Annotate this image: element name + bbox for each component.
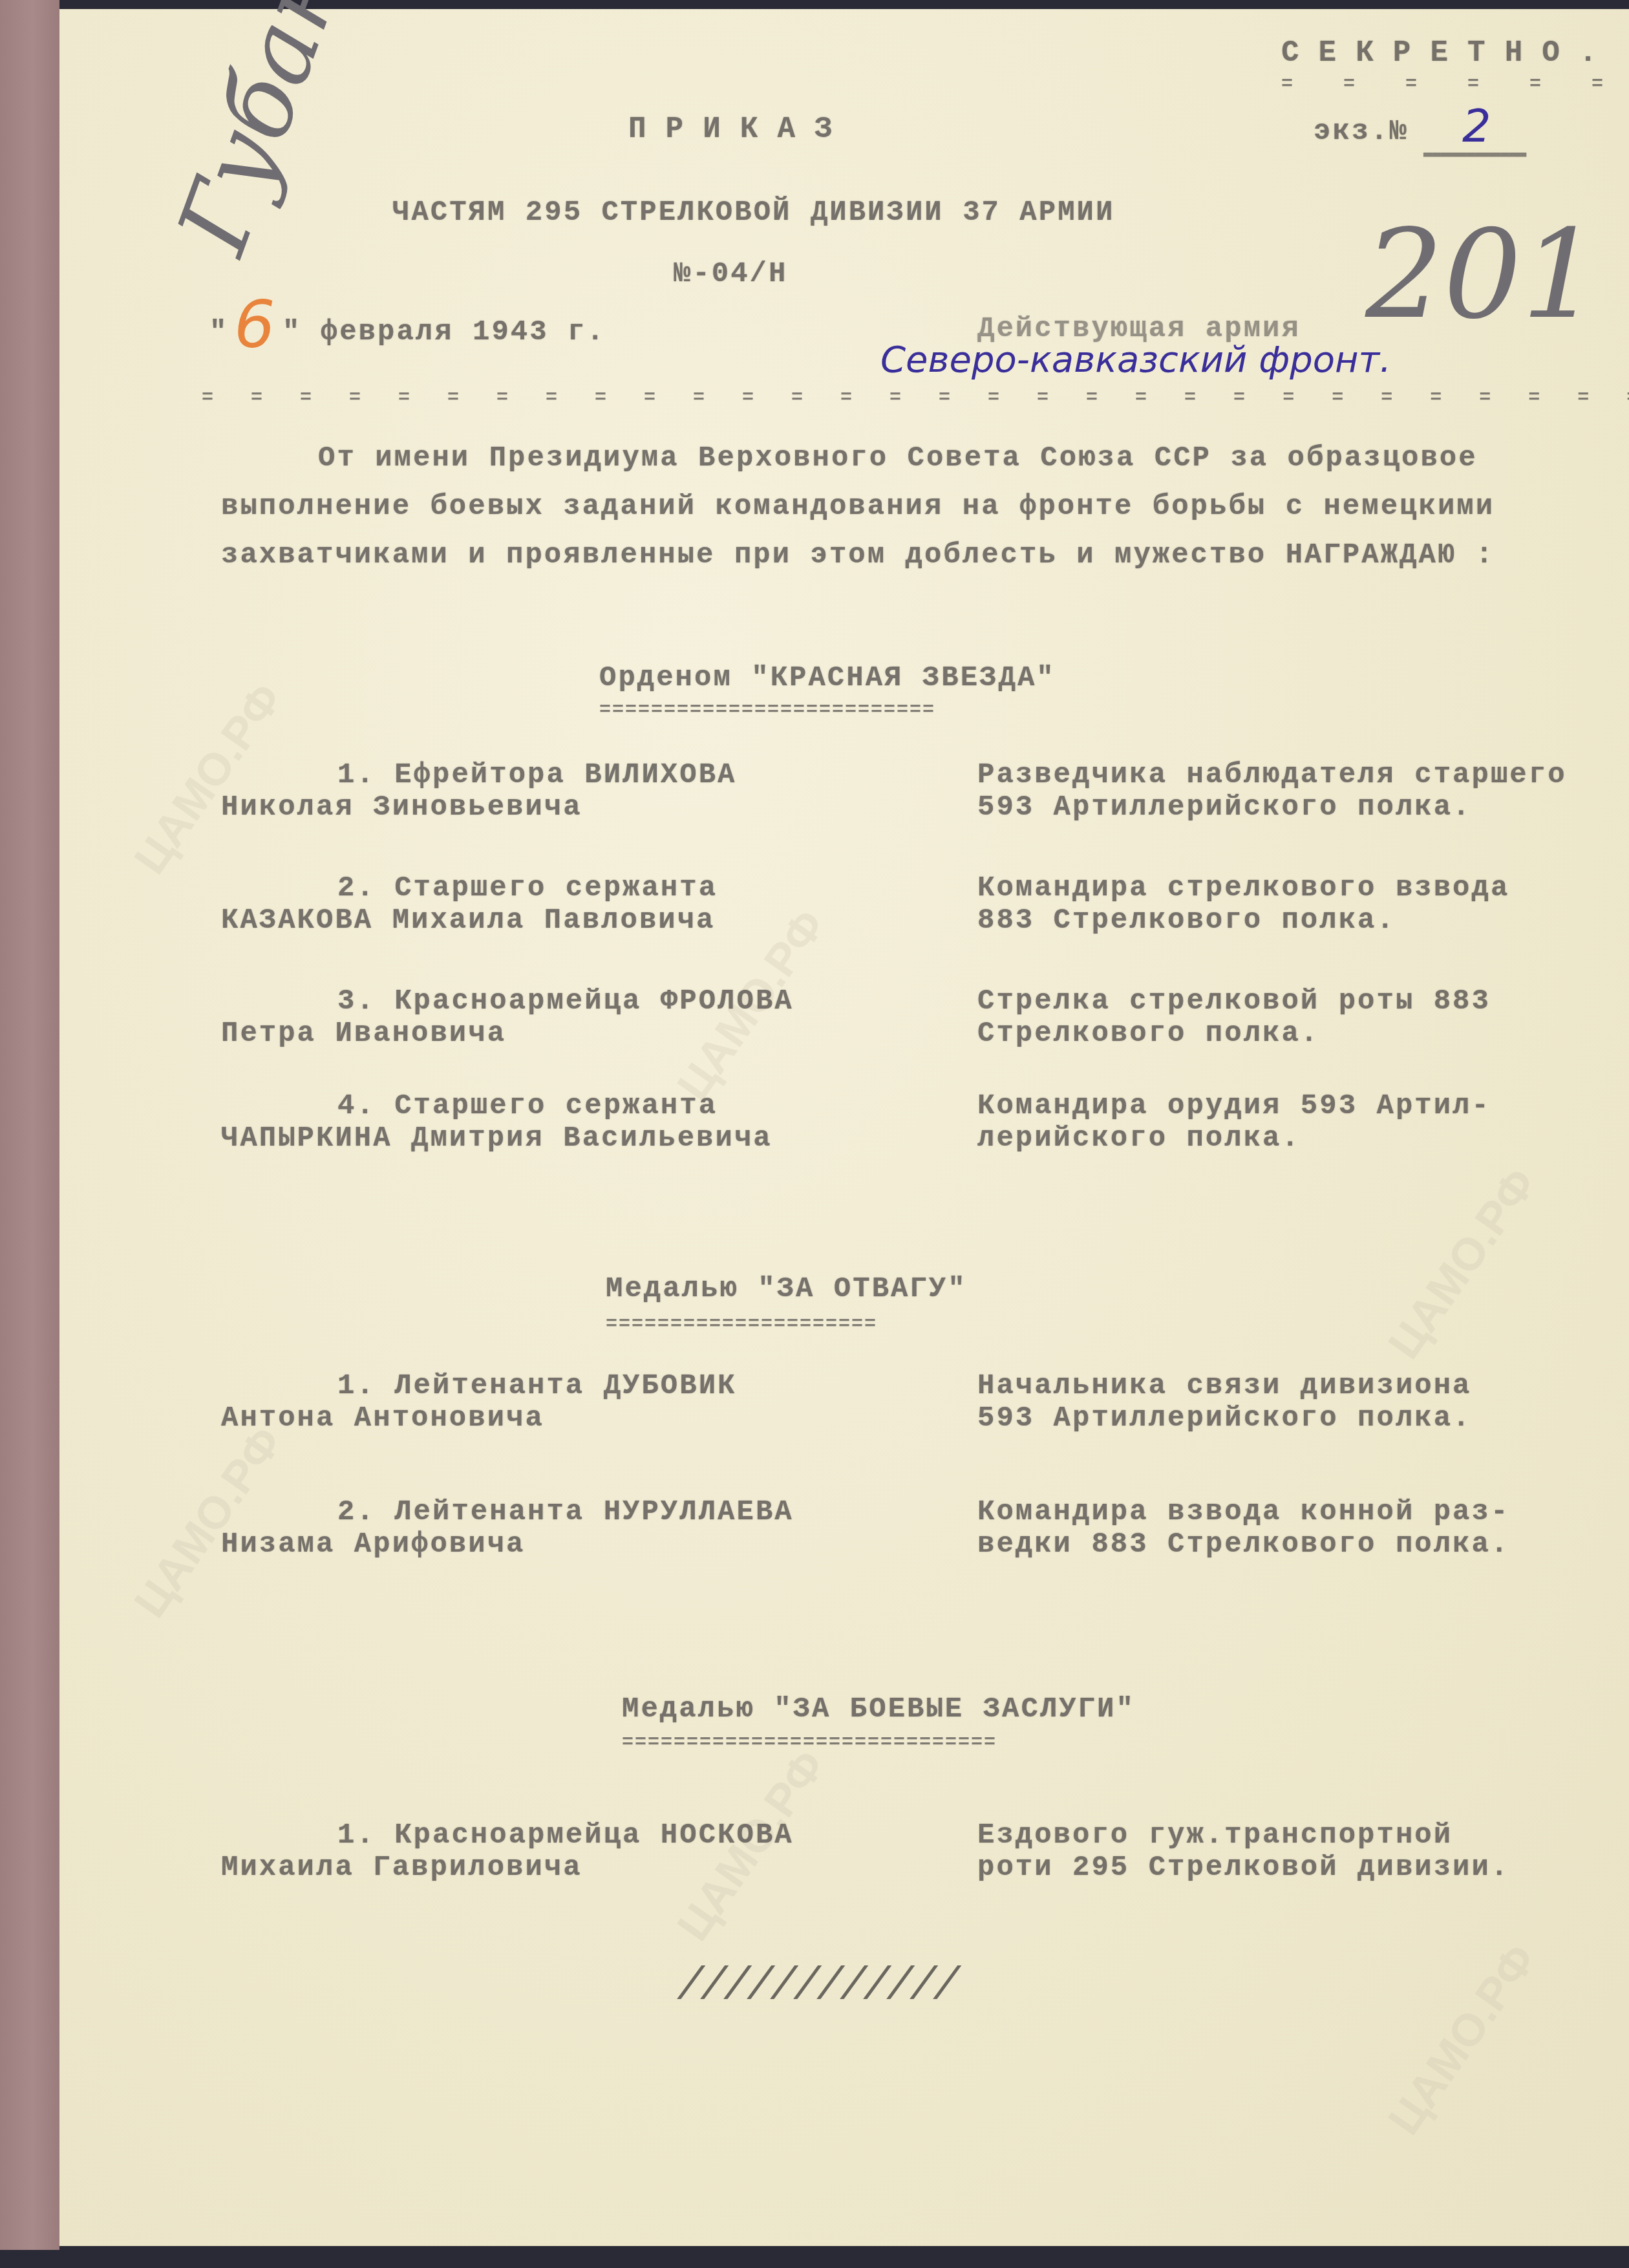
order-number: №-04/Н xyxy=(674,258,787,290)
recipient-line-1: 3. Красноармейца ФРОЛОВА xyxy=(337,985,794,1018)
handwritten-signature: Губанов xyxy=(156,0,405,268)
preamble-line-2: выполнение боевых заданий командования н… xyxy=(221,491,1495,523)
watermark: ЦАМО.РФ xyxy=(124,674,292,883)
recipient-line-2: ЧАПЫРКИНА Дмитрия Васильевича xyxy=(221,1122,772,1155)
section-title-battle-merit: Медалью "ЗА БОЕВЫЕ ЗАСЛУГИ" xyxy=(622,1693,1135,1726)
date-prefix: " xyxy=(209,316,228,348)
recipient-line-2: КАЗАКОВА Михаила Павловича xyxy=(221,904,716,937)
watermark: ЦАМО.РФ xyxy=(1378,1934,1546,2144)
recipient-line-2: Низама Арифовича xyxy=(221,1528,525,1561)
header-separator: = = = = = = = = = = = = = = = = = = = = … xyxy=(202,387,1629,409)
classification-underline: = = = = = = = = = xyxy=(1281,74,1629,96)
binding-strip xyxy=(0,0,59,2250)
section-underline: ========================== xyxy=(599,700,935,722)
position-line-2: 593 Артиллерийского полка. xyxy=(977,791,1472,824)
archive-number: 201 xyxy=(1365,203,1600,346)
position-line-1: Ездового гуж.транспортной xyxy=(977,1819,1453,1852)
recipient-line-2: Николая Зиновьевича xyxy=(221,791,582,824)
section-title-for-courage: Медалью "ЗА ОТВАГУ" xyxy=(606,1273,967,1305)
position-line-1: Командира орудия 593 Артил- xyxy=(977,1090,1491,1122)
date-day: 6 xyxy=(234,287,275,363)
position-line-1: Стрелка стрелковой роты 883 xyxy=(977,985,1491,1018)
date-text: " февраля 1943 г. xyxy=(282,316,606,348)
classification-stamp: СЕКРЕТНО. xyxy=(1281,36,1616,70)
position-line-1: Начальника связи дивизиона xyxy=(977,1370,1472,1402)
document-page: ЦАМО.РФ ЦАМО.РФ ЦАМО.РФ ЦАМО.РФ ЦАМО.РФ … xyxy=(59,9,1629,2246)
closing-hatch-marks: //////////// xyxy=(677,1962,956,2013)
recipient-line-1: 2. Старшего сержанта xyxy=(337,872,718,904)
position-line-1: Командира взвода конной раз- xyxy=(977,1496,1509,1528)
page-title: ПРИКАЗ xyxy=(628,112,852,146)
recipient-line-2: Михаила Гавриловича xyxy=(221,1852,582,1884)
position-line-1: Командира стрелкового взвода xyxy=(977,872,1509,904)
recipient-line-2: Петра Ивановича xyxy=(221,1018,506,1050)
position-line-2: 883 Стрелкового полка. xyxy=(977,904,1396,937)
location-handwritten: Северо-кавказский фронт. xyxy=(880,339,1391,381)
position-line-2: Стрелкового полка. xyxy=(977,1018,1319,1050)
position-line-2: 593 Артиллерийского полка. xyxy=(977,1402,1472,1435)
section-underline: ============================= xyxy=(622,1732,997,1754)
copy-label: экз.№ xyxy=(1314,116,1409,148)
page-subtitle: ЧАСТЯМ 295 СТРЕЛКОВОЙ ДИВИЗИИ 37 АРМИИ xyxy=(392,197,1114,229)
position-line-1: Разведчика наблюдателя старшего xyxy=(977,759,1567,791)
recipient-line-1: 1. Ефрейтора ВИЛИХОВА xyxy=(337,759,737,791)
section-underline: ===================== xyxy=(606,1314,877,1336)
recipient-line-1: 4. Старшего сержанта xyxy=(337,1090,718,1122)
position-line-2: лерийского полка. xyxy=(977,1122,1301,1155)
preamble-line-1: От имени Президиума Верховного Совета Со… xyxy=(318,442,1478,475)
watermark: ЦАМО.РФ xyxy=(124,1417,292,1627)
position-line-2: ведки 883 Стрелкового полка. xyxy=(977,1528,1509,1561)
recipient-line-1: 1. Лейтенанта ДУБОВИК xyxy=(337,1370,737,1402)
recipient-line-2: Антона Антоновича xyxy=(221,1402,544,1435)
section-title-red-star: Орденом "КРАСНАЯ ЗВЕЗДА" xyxy=(599,662,1056,694)
preamble-line-3: захватчиками и проявленные при этом добл… xyxy=(221,539,1495,572)
recipient-line-1: 1. Красноармейца НОСКОВА xyxy=(337,1819,794,1852)
copy-number-underline: ▂▂▂▂▂▂▂▂▂▂▂▂ xyxy=(1423,146,1526,154)
recipient-line-1: 2. Лейтенанта НУРУЛЛАЕВА xyxy=(337,1496,794,1528)
watermark: ЦАМО.РФ xyxy=(1378,1159,1546,1368)
position-line-2: роти 295 Стрелковой дивизии. xyxy=(977,1852,1509,1884)
